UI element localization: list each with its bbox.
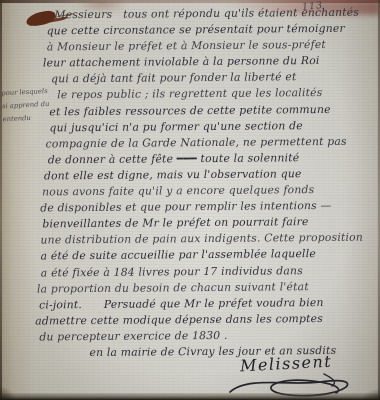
manuscript-text: Messieurs tous ont répondu qu'ils étaien…: [32, 5, 379, 362]
text-line: du percepteur exercice de 1830 .: [39, 326, 379, 345]
text-line: la proportion du besoin de chacun suivan…: [37, 278, 379, 297]
text-line: de disponibles et que pour remplir les i…: [40, 198, 378, 217]
text-line: en la mairie de Civray les jour et an su…: [89, 342, 379, 361]
text-line: une distribution de pain aux indigents. …: [40, 230, 378, 249]
photo-corner-bottom-left: [0, 386, 16, 400]
text-line: Messieurs tous ont répondu qu'ils étaien…: [54, 5, 376, 24]
photo-edge-top: [0, 0, 380, 3]
photo-edge-bottom: [0, 393, 380, 400]
photo-corner-bottom-right: [360, 388, 380, 400]
text-line: le repos public ; ils regrettent que les…: [57, 85, 377, 104]
text-line: et les faibles ressources de cette petit…: [49, 101, 377, 120]
photo-edge-left: [0, 0, 2, 400]
text-line: compagnie de la Garde Nationale, ne perm…: [46, 133, 378, 152]
manuscript-photo: 113 pour lesquels si apprend du entendu …: [0, 0, 380, 400]
text-line: à Monsieur le préfet et à Monsieur le so…: [47, 37, 377, 56]
